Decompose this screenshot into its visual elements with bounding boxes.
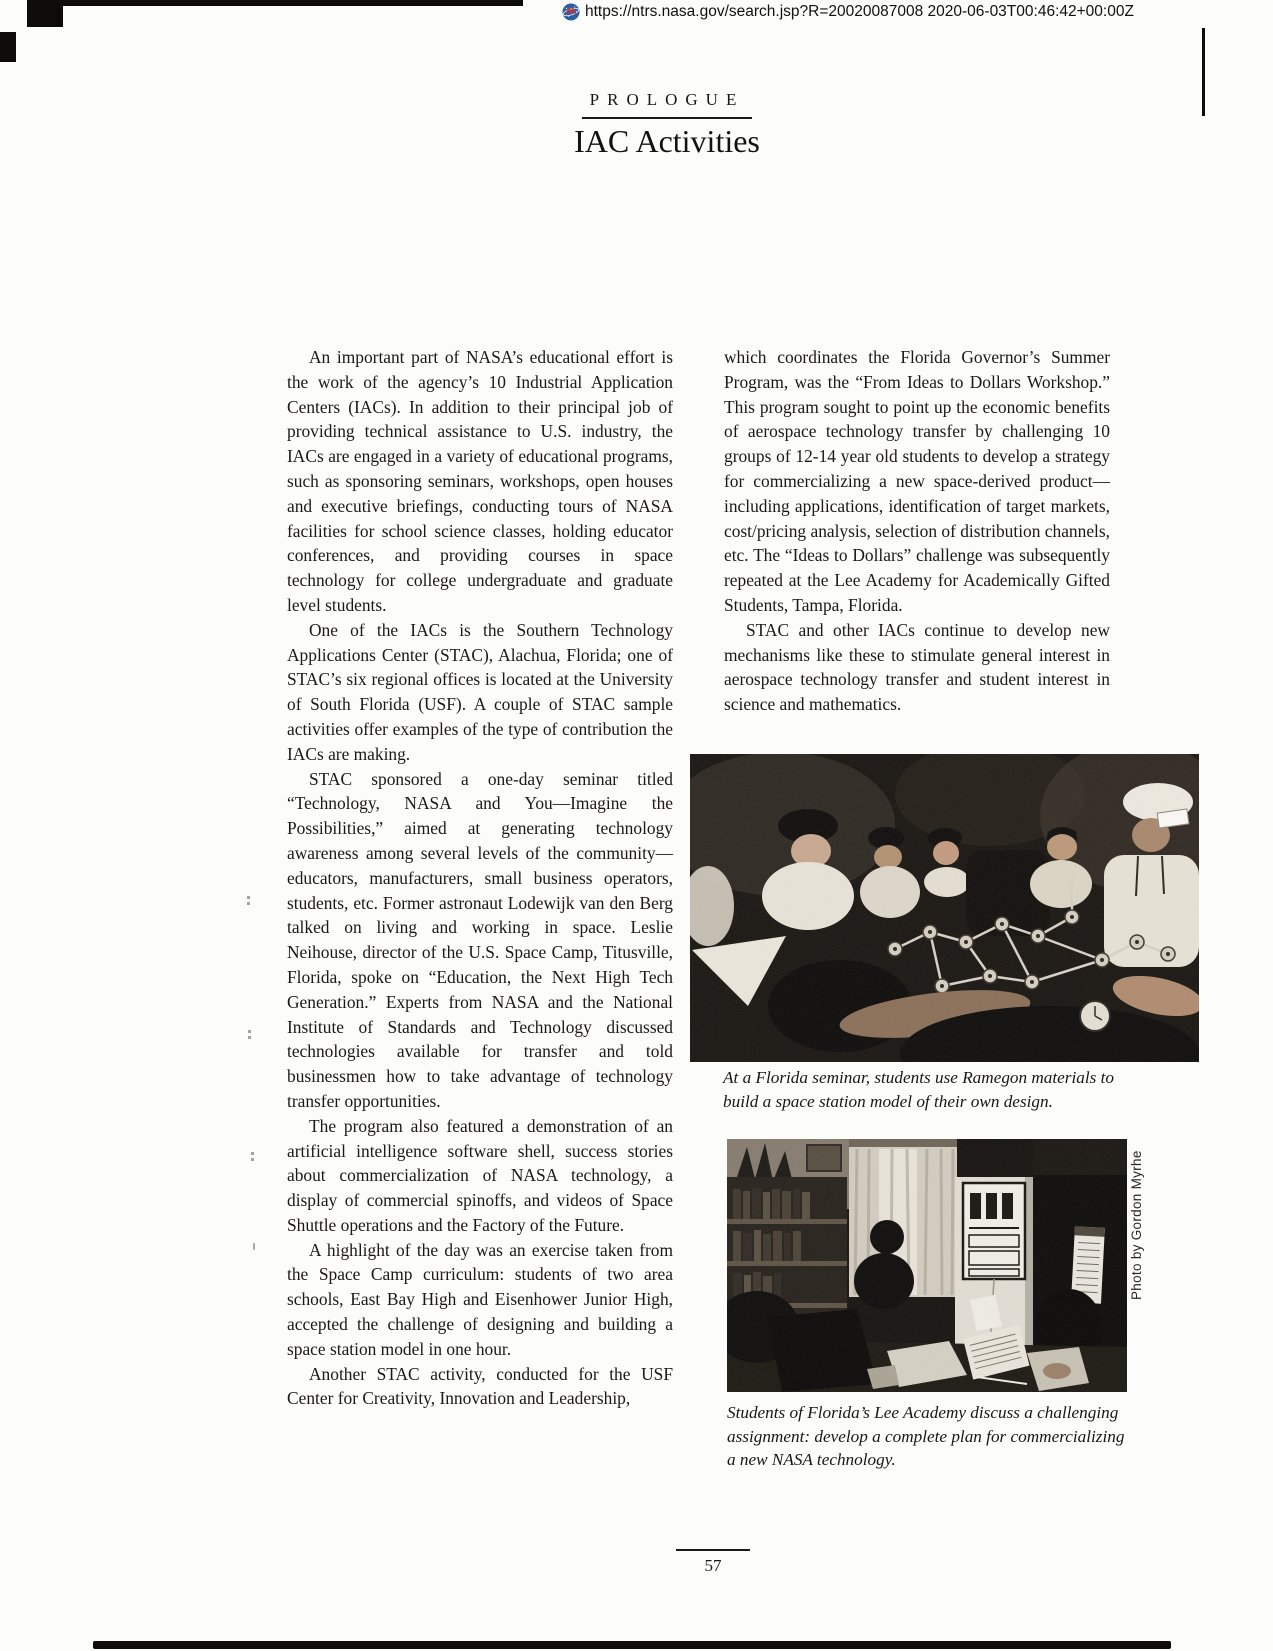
photo-ramegon-seminar (690, 754, 1199, 1062)
figure-lee-academy (727, 1139, 1127, 1392)
paragraph: which coordinates the Florida Governor’s… (724, 345, 1110, 618)
retrieval-url: https://ntrs.nasa.gov/search.jsp?R=20020… (585, 3, 1134, 21)
pdf-retrieval-header: https://ntrs.nasa.gov/search.jsp?R=20020… (562, 3, 1134, 21)
paragraph: Another STAC activity, conducted for the… (287, 1362, 673, 1412)
paragraph: STAC and other IACs continue to develop … (724, 618, 1110, 717)
scan-speck (247, 896, 250, 899)
paragraph: An important part of NASA’s educational … (287, 345, 673, 618)
nasa-meatball-icon (562, 3, 580, 21)
figure-ramegon-seminar (690, 754, 1199, 1062)
paragraph: One of the IACs is the Southern Technolo… (287, 618, 673, 767)
paragraph: The program also featured a demonstratio… (287, 1114, 673, 1238)
scan-speck (251, 1152, 254, 1155)
page-title: IAC Activities (430, 123, 904, 160)
scan-artifact-bottom-bar (93, 1641, 1171, 1649)
photo-lee-academy (727, 1139, 1127, 1392)
scan-artifact-left-edge (0, 32, 16, 62)
right-text-column: which coordinates the Florida Governor’s… (724, 345, 1110, 717)
paragraph: A highlight of the day was an exercise t… (287, 1238, 673, 1362)
scanned-document-page: https://ntrs.nasa.gov/search.jsp?R=20020… (0, 0, 1273, 1651)
masthead-rule (582, 117, 752, 119)
page-number: 57 (676, 1556, 750, 1576)
section-eyebrow: PROLOGUE (430, 90, 904, 110)
footer-rule (676, 1549, 750, 1551)
scan-artifact-right-edge (1202, 28, 1205, 116)
scan-speck (248, 1030, 251, 1033)
masthead: PROLOGUE IAC Activities (430, 90, 904, 160)
left-text-column: An important part of NASA’s educational … (287, 345, 673, 1411)
figure-caption: At a Florida seminar, students use Rameg… (723, 1066, 1125, 1113)
paragraph: STAC sponsored a one-day seminar titled … (287, 767, 673, 1114)
photo-credit: Photo by Gordon Myrhe (1129, 1142, 1147, 1300)
figure-caption: Students of Florida’s Lee Academy discus… (727, 1401, 1133, 1472)
scan-artifact-top-left (27, 0, 63, 27)
scan-artifact-top-line (60, 0, 523, 6)
scan-speck (253, 1243, 255, 1250)
